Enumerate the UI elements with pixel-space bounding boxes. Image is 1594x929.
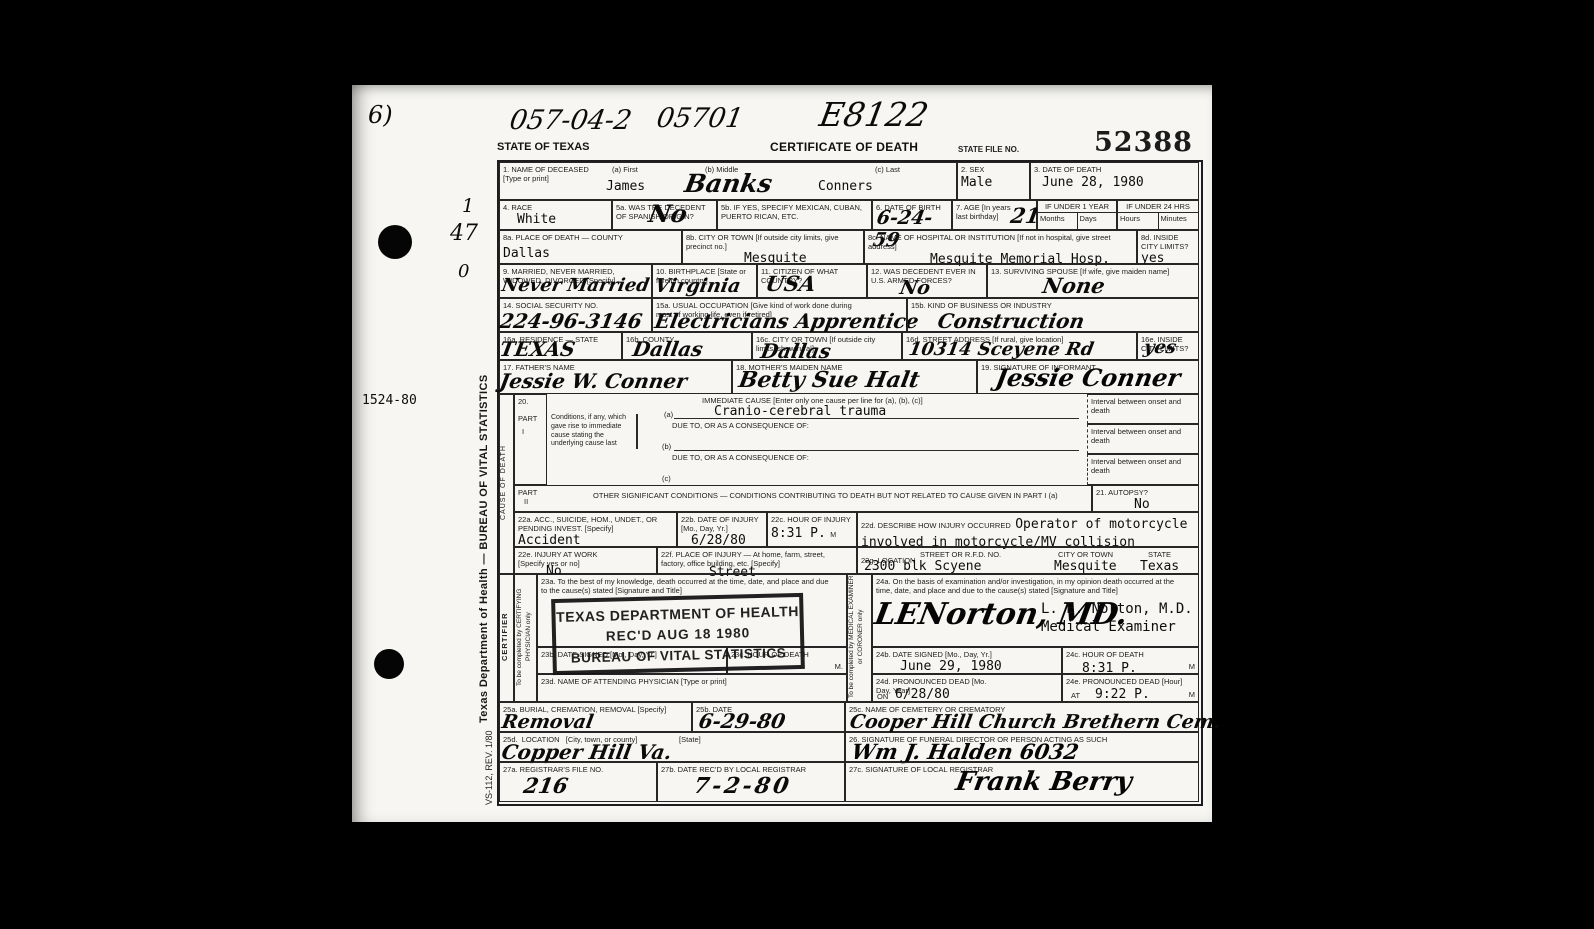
value-cemetery-name: Cooper Hill Church Brethern Cem. [848, 711, 1223, 733]
value-autopsy: No [1134, 497, 1195, 512]
department-vertical-label: Texas Department of Health — BUREAU OF V… [478, 165, 490, 723]
value-residence-county: Dallas [631, 337, 705, 361]
value-marital-status: Never Married [500, 275, 651, 296]
field-23d-attending-physician: 23d. NAME OF ATTENDING PHYSICIAN [Type o… [537, 674, 847, 702]
value-hour-of-injury: 8:31 P. [771, 526, 826, 541]
value-occupation: Electricians Apprentice [653, 309, 921, 333]
field-16c-residence-city: 16c. CITY OR TOWN [If outside city limit… [752, 332, 902, 360]
state-file-number: 52388 [1094, 127, 1193, 158]
field-8a-place-of-death-county: 8a. PLACE OF DEATH — COUNTY Dallas [499, 230, 682, 264]
value-ssn: 224-96-3146 [498, 309, 644, 333]
value-last-name: Conners [818, 179, 873, 194]
field-27a-registrars-file-no: 27a. REGISTRAR'S FILE NO. 216 [499, 762, 657, 802]
certifying-physician-column-label: To be completed by CERTIFYING PHYSICIAN … [514, 574, 537, 702]
value-pronounced-dead-hour: 9:22 P. [1095, 687, 1150, 702]
value-first-name: James [606, 179, 645, 194]
cause-conditions-note: Conditions, if any, which gave rise to i… [551, 414, 638, 449]
field-22f-place-of-injury: 22f. PLACE OF INJURY — At home, farm, st… [657, 547, 857, 574]
field-25a-disposition: 25a. BURIAL, CREMATION, REMOVAL [Specify… [499, 702, 692, 732]
value-injury-description-1: Operator of motorcycle [1015, 517, 1187, 532]
punch-hole-bottom [374, 649, 404, 679]
cause-part1-area: IMMEDIATE CAUSE [Enter only one cause pe… [632, 394, 1087, 485]
field-27c-local-registrar-signature: 27c. SIGNATURE OF LOCAL REGISTRAR Frank … [845, 762, 1199, 802]
value-fathers-name: Jessie W. Conner [498, 369, 689, 393]
field-22e-injury-at-work: 22e. INJURY AT WORK [Specify yes or no] … [514, 547, 657, 574]
certifier-side-label: CERTIFIER [499, 574, 514, 702]
field-17-fathers-name: 17. FATHER'S NAME Jessie W. Conner [499, 360, 732, 394]
cause-part1-label: 20. PART I [514, 394, 547, 485]
field-24c-hour-of-death: 24c. HOUR OF DEATH 8:31 P. M [1062, 647, 1199, 674]
interval-onset-death-a: Interval between onset and death [1087, 394, 1199, 424]
value-residence-state: TEXAS [498, 337, 577, 361]
value-disposition-location: Copper Hill Va. [500, 740, 674, 764]
field-if-under-24-hrs: IF UNDER 24 HRS Hours Minutes [1117, 200, 1199, 230]
value-date-received: 7-2-80 [692, 773, 794, 799]
field-22b-date-of-injury: 22b. DATE OF INJURY [Mo., Day, Yr.] 6/28… [677, 512, 767, 547]
certificate-form: 1. NAME OF DECEASED [Type or print] (a) … [497, 160, 1203, 806]
certificate-page: 6) 057-04-2 05701 E8122 1 47 0 1524-80 T… [352, 85, 1212, 822]
field-16b-residence-county: 16b. COUNTY Dallas [622, 332, 752, 360]
value-street-address: 10314 Sceyene Rd [907, 339, 1095, 360]
value-industry: Construction [936, 309, 1087, 333]
field-22c-hour-of-injury: 22c. HOUR OF INJURY 8:31 P. M [767, 512, 857, 547]
scanned-document-canvas: 6) 057-04-2 05701 E8122 1 47 0 1524-80 T… [0, 0, 1594, 929]
margin-tally-47: 47 [450, 221, 478, 246]
field-25c-cemetery: 25c. NAME OF CEMETERY OR CREMATORY Coope… [845, 702, 1199, 732]
value-manner-of-death: Accident [518, 533, 673, 548]
interval-onset-death-b: Interval between onset and death [1087, 424, 1199, 454]
field-16a-residence-state: 16a. RESIDENCE — STATE TEXAS [499, 332, 622, 360]
field-26-funeral-director-signature: 26. SIGNATURE OF FUNERAL DIRECTOR OR PER… [845, 732, 1199, 762]
margin-file-code: 1524-80 [362, 393, 417, 408]
cause-of-death-side-label: CAUSE OF DEATH [499, 394, 514, 574]
field-5a-spanish-origin: 5a. WAS THE DECEDENT OF SPANISH ORIGIN? … [612, 200, 717, 230]
field-9-marital-status: 9. MARRIED, NEVER MARRIED, WIDOWED, DIVO… [499, 264, 652, 298]
field-22a-manner: 22a. ACC., SUICIDE, HOM., UNDET., OR PEN… [514, 512, 677, 547]
field-16e-inside-city-limits: 16e. INSIDE CITY LIMITS? yes [1137, 332, 1199, 360]
field-22d-describe-injury: 22d. DESCRIBE HOW INJURY OCCURRED Operat… [857, 512, 1199, 547]
value-spanish-origin: No [646, 199, 689, 228]
field-5b-specify-origin: 5b. IF YES, SPECIFY MEXICAN, CUBAN, PUER… [717, 200, 872, 230]
field-1-name-of-deceased: 1. NAME OF DECEASED [Type or print] (a) … [499, 162, 957, 200]
medical-examiner-column-label: To be completed by MEDICAL EXAMINER or C… [847, 574, 872, 702]
field-24e-pronounced-dead-hour: 24e. PRONOUNCED DEAD [Hour] AT 9:22 P. M [1062, 674, 1199, 702]
value-mothers-maiden-name: Betty Sue Halt [737, 367, 922, 393]
field-19-signature-of-informant: 19. SIGNATURE OF INFORMANT Jessie Conner [977, 360, 1199, 394]
corner-note: 6) [368, 101, 393, 129]
field-7-age: 7. AGE [In years last birthday] 21 [952, 200, 1037, 230]
field-14-social-security-no: 14. SOCIAL SECURITY NO. 224-96-3146 [499, 298, 652, 332]
form-code-vertical-label: VS-112, REV. 1/80 [484, 695, 494, 805]
field-25b-disposition-date: 25b. DATE 6-29-80 [692, 702, 845, 732]
value-citizenship: USA [764, 271, 818, 296]
signature-informant: Jessie Conner [993, 363, 1182, 392]
handwritten-code: 05701 [654, 103, 745, 134]
value-armed-forces: No [898, 277, 932, 299]
field-21-autopsy: 21. AUTOPSY? No [1092, 485, 1199, 512]
value-birthplace: Virginia [653, 275, 742, 297]
handwritten-batch-number: 057-04-2 [507, 105, 634, 136]
value-middle-name: Banks [682, 169, 774, 198]
header-file-no-label: STATE FILE NO. [958, 145, 1019, 154]
field-12-armed-forces: 12. WAS DECEDENT EVER IN U.S. ARMED FORC… [867, 264, 987, 298]
value-registrars-file-no: 216 [522, 773, 570, 798]
header-state: STATE OF TEXAS [497, 141, 590, 153]
margin-tally-0: 0 [458, 261, 469, 282]
field-13-surviving-spouse: 13. SURVIVING SPOUSE [If wife, give maid… [987, 264, 1199, 298]
field-3-date-of-death: 3. DATE OF DEATH June 28, 1980 [1030, 162, 1199, 200]
field-15b-business-industry: 15b. KIND OF BUSINESS OR INDUSTRY Constr… [907, 298, 1199, 332]
value-residence-inside-limits: yes [1142, 337, 1178, 358]
field-24b-date-signed: 24b. DATE SIGNED [Mo., Day, Yr.] June 29… [872, 647, 1062, 674]
field-4-race: 4. RACE White [499, 200, 612, 230]
signature-local-registrar: Frank Berry [953, 767, 1134, 797]
field-15a-usual-occupation: 15a. USUAL OCCUPATION [Give kind of work… [652, 298, 907, 332]
header-title: CERTIFICATE OF DEATH [770, 140, 918, 154]
field-8d-inside-city-limits: 8d. INSIDE CITY LIMITS? yes [1137, 230, 1199, 264]
handwritten-case-number: E8122 [817, 95, 932, 134]
value-injury-street: 2300 blk Scyene [864, 559, 981, 574]
field-27b-date-received: 27b. DATE REC'D BY LOCAL REGISTRAR 7-2-8… [657, 762, 845, 802]
signature-funeral-director: Wm J. Halden 6032 [850, 739, 1081, 764]
field-8c-hospital: 8c. NAME OF HOSPITAL OR INSTITUTION [If … [864, 230, 1137, 264]
margin-tally-1: 1 [462, 195, 474, 217]
field-18-mothers-maiden-name: 18. MOTHER'S MAIDEN NAME Betty Sue Halt [732, 360, 977, 394]
punch-hole-top [378, 225, 412, 259]
value-date-of-injury: 6/28/80 [691, 533, 763, 548]
field-25d-disposition-location: 25d. LOCATION [City, town, or county] [S… [499, 732, 845, 762]
value-examiner-date-signed: June 29, 1980 [900, 659, 1058, 674]
field-6-date-of-birth: 6. DATE OF BIRTH 6-24-59 [872, 200, 952, 230]
field-10-birthplace: 10. BIRTHPLACE [State or foreign country… [652, 264, 757, 298]
received-stamp: TEXAS DEPARTMENT OF HEALTH REC'D AUG 18 … [551, 593, 805, 675]
value-immediate-cause-a: Cranio-cerebral trauma [714, 404, 886, 419]
field-16d-street-address: 16d. STREET ADDRESS [If rural, give loca… [902, 332, 1137, 360]
value-injury-state: Texas [1140, 559, 1179, 574]
interval-onset-death-c: Interval between onset and death [1087, 454, 1199, 485]
field-if-under-1-year: IF UNDER 1 YEAR Months Days [1037, 200, 1117, 230]
field-2-sex: 2. SEX Male [957, 162, 1030, 200]
value-disposition: Removal [500, 711, 595, 733]
value-surviving-spouse: None [1041, 273, 1107, 298]
value-pronounced-dead-date: 6/28/80 [895, 687, 950, 702]
field-8b-city-or-town: 8b. CITY OR TOWN [If outside city limits… [682, 230, 864, 264]
field-24d-pronounced-dead-date: 24d. PRONOUNCED DEAD [Mo. Day, Year] ON … [872, 674, 1062, 702]
field-22g-location: 22g. LOCATION STREET OR R.F.D. NO. CITY … [857, 547, 1199, 574]
value-disposition-date: 6-29-80 [697, 709, 787, 733]
field-11-citizen-of: 11. CITIZEN OF WHAT COUNTRY? USA [757, 264, 867, 298]
value-injury-city: Mesquite [1054, 559, 1117, 574]
cause-part2: PART II OTHER SIGNIFICANT CONDITIONS — C… [514, 485, 1092, 512]
field-24a-examiner-certification: 24a. On the basis of examination and/or … [872, 574, 1199, 647]
